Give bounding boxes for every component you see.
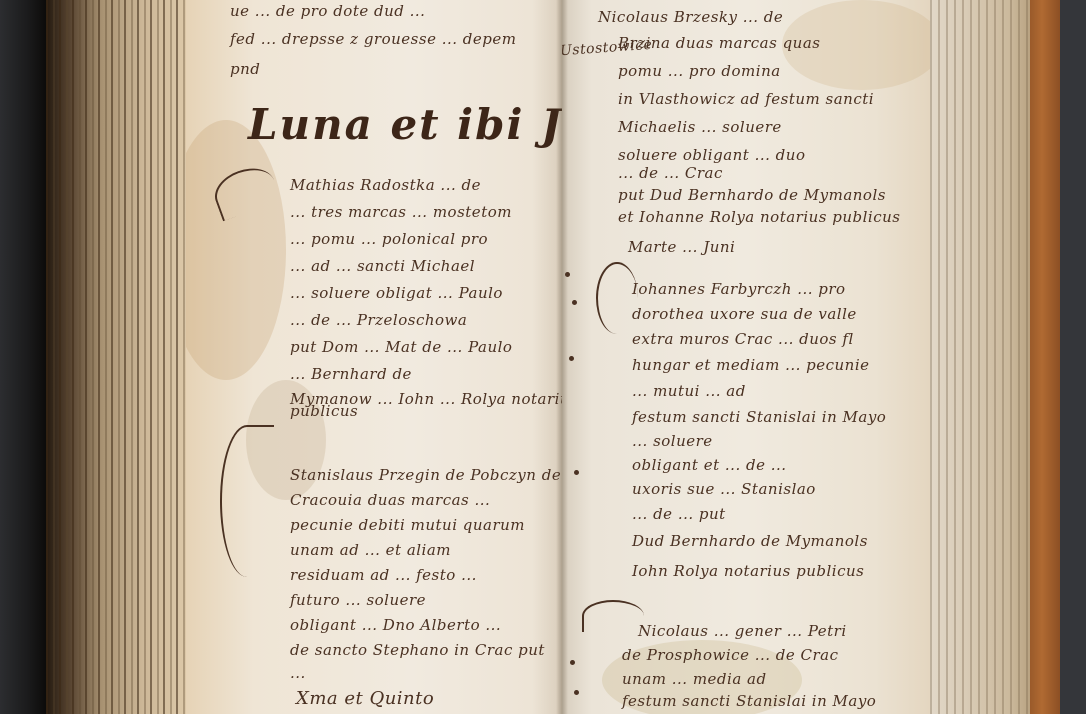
entry1-line-6: ... de ... Przeloschowa [290,311,467,329]
entry2-line-9: ... [290,664,306,682]
right-page: Ustostowice Nicolaus Brzesky ... de Brzi… [562,0,930,714]
r-entry3-line-4: festum sancti Stanislai in Mayo [622,692,876,710]
entry2-line-4: unam ad ... et aliam [290,541,451,559]
r-entry1-line-10: Marte ... Juni [628,238,735,256]
r-entry2-line-11: Dud Bernhardo de Mymanols [632,532,868,550]
dark-background-right [1060,0,1086,714]
decorative-initial-s [220,425,274,577]
r-entry1-line-2: Brzina duas marcas quas [618,34,821,52]
r-entry3-line-1: Nicolaus ... gener ... Petri [638,622,847,640]
r-entry2-line-9: uxoris sue ... Stanislao [632,480,816,498]
r-entry2-line-5: ... mutui ... ad [632,382,746,400]
r-entry2-line-4: hungar et mediam ... pecunie [632,356,870,374]
r-entry2-line-2: dorothea uxore sua de valle [632,305,857,323]
entry2-line-1: Stanislaus Przegin de Pobczyn de [290,466,561,484]
entry2-line-7: obligant ... Dno Alberto ... [290,616,501,634]
top-line-1: ue ... de pro dote dud ... [230,2,425,20]
entry2-line-2: Cracouia duas marcas ... [290,491,490,509]
r-entry1-line-9: et Iohanne Rolya notarius publicus [618,208,900,226]
r-entry2-line-3: extra muros Crac ... duos fl [632,330,854,348]
r-entry1-line-4: in Vlasthowicz ad festum sancti [618,90,874,108]
top-line-3: pnd [230,60,260,78]
decorative-initial-n [582,600,644,632]
page-edges-left [46,0,186,714]
bottom-heading: Xma et Quinto [296,688,434,709]
r-entry2-line-7: ... soluere [632,432,713,450]
leather-cover-edge [1030,0,1060,714]
entry1-line-3: ... pomu ... polonical pro [290,230,488,248]
r-entry2-line-1: Iohannes Farbyrczh ... pro [632,280,846,298]
page-edges-right [930,0,1030,714]
r-entry2-line-8: obligant et ... de ... [632,456,787,474]
r-entry2-line-6: festum sancti Stanislai in Mayo [632,408,886,426]
entry2-line-6: futuro ... soluere [290,591,426,609]
manuscript-photo: ue ... de pro dote dud ... fed ... dreps… [0,0,1086,714]
r-entry3-line-3: unam ... media ad [622,670,767,688]
r-entry1-line-3: pomu ... pro domina [618,62,781,80]
top-line-2: fed ... drepsse z grouesse ... depem [230,30,516,48]
entry2-line-8: de sancto Stephano in Crac put [290,641,545,659]
r-entry2-line-10: ... de ... put [632,505,726,523]
left-page: ue ... de pro dote dud ... fed ... dreps… [186,0,562,714]
entry1-line-2: ... tres marcas ... mostetom [290,203,512,221]
entry1-line-5: ... soluere obligat ... Paulo [290,284,503,302]
entry1-line-4: ... ad ... sancti Michael [290,257,475,275]
entry1-line-1: Mathias Radostka ... de [290,176,481,194]
r-entry1-line-5: Michaelis ... soluere [618,118,782,136]
entry1-line-8: ... Bernhard de [290,365,412,383]
book-gutter [556,0,568,714]
r-entry1-line-6: soluere obligant ... duo [618,146,805,164]
entry1-line-10: publicus [290,402,358,420]
dark-background-left [0,0,46,714]
r-entry1-line-1: Nicolaus Brzesky ... de [598,8,783,26]
entry1-line-7: put Dom ... Mat de ... Paulo [290,338,512,356]
r-entry1-line-7: ... de ... Crac [618,164,723,182]
decorative-initial-i [596,262,638,334]
r-entry1-line-8: put Dud Bernhardo de Mymanols [618,186,886,204]
entry2-line-5: residuam ad ... festo ... [290,566,477,584]
r-entry3-line-2: de Prosphowice ... de Crac [622,646,839,664]
r-entry2-line-12: Iohn Rolya notarius publicus [632,562,864,580]
date-heading: Luna et ibi Juni [248,100,562,149]
entry2-line-3: pecunie debiti mutui quarum [290,516,525,534]
